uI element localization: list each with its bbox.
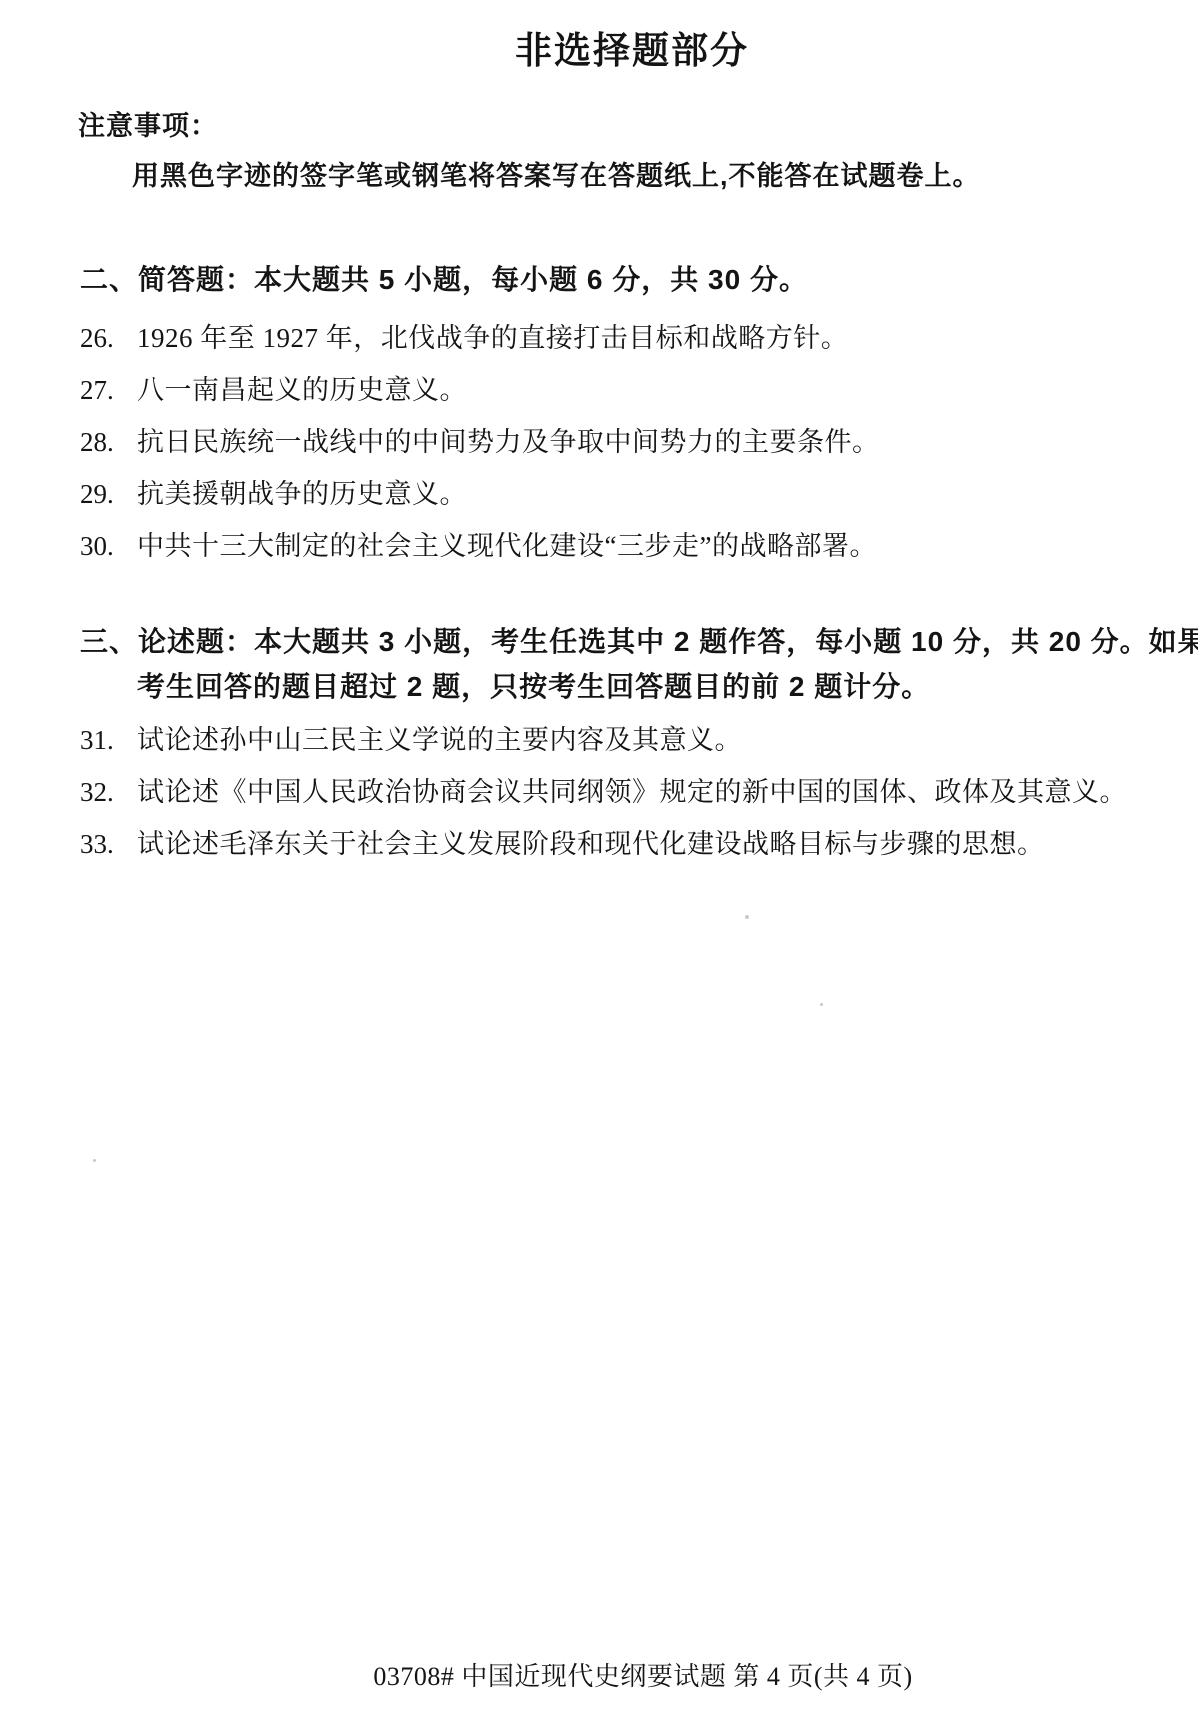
question-30: 30.中共十三大制定的社会主义现代化建设“三步走”的战略部署。 bbox=[80, 531, 877, 562]
exam-page: 非选择题部分 注意事项： 用黑色字迹的签字笔或钢笔将答案写在答题纸上,不能答在试… bbox=[0, 0, 1198, 1719]
essay-section-heading-line1: 三、论述题：本大题共 3 小题，考生任选其中 2 题作答，每小题 10 分，共 … bbox=[80, 626, 1198, 658]
question-26-text: 1926 年至 1927 年，北伐战争的直接打击目标和战略方针。 bbox=[137, 323, 848, 353]
question-33: 33.试论述毛泽东关于社会主义发展阶段和现代化建设战略目标与步骤的思想。 bbox=[80, 829, 1045, 860]
question-33-text: 试论述毛泽东关于社会主义发展阶段和现代化建设战略目标与步骤的思想。 bbox=[137, 829, 1045, 859]
question-26-number: 26. bbox=[80, 323, 137, 354]
question-32: 32.试论述《中国人民政治协商会议共同纲领》规定的新中国的国体、政体及其意义。 bbox=[80, 777, 1127, 808]
question-28: 28.抗日民族统一战线中的中间势力及争取中间势力的主要条件。 bbox=[80, 427, 880, 458]
question-30-number: 30. bbox=[80, 531, 137, 562]
question-32-number: 32. bbox=[80, 777, 137, 808]
short-answer-section-heading: 二、简答题：本大题共 5 小题，每小题 6 分，共 30 分。 bbox=[80, 264, 808, 296]
question-26: 26.1926 年至 1927 年，北伐战争的直接打击目标和战略方针。 bbox=[80, 323, 848, 354]
question-31-text: 试论述孙中山三民主义学说的主要内容及其意义。 bbox=[137, 725, 742, 755]
question-31-number: 31. bbox=[80, 725, 137, 756]
question-30-text: 中共十三大制定的社会主义现代化建设“三步走”的战略部署。 bbox=[137, 531, 877, 561]
question-27: 27.八一南昌起义的历史意义。 bbox=[80, 375, 467, 406]
essay-section-heading-line2: 考生回答的题目超过 2 题，只按考生回答题目的前 2 题计分。 bbox=[137, 671, 930, 703]
question-29: 29.抗美援朝战争的历史意义。 bbox=[80, 479, 467, 510]
scan-speck bbox=[820, 1003, 823, 1006]
question-28-text: 抗日民族统一战线中的中间势力及争取中间势力的主要条件。 bbox=[137, 427, 880, 457]
scan-speck bbox=[745, 915, 749, 919]
question-29-text: 抗美援朝战争的历史意义。 bbox=[137, 479, 467, 509]
notice-body: 用黑色字迹的签字笔或钢笔将答案写在答题纸上,不能答在试题卷上。 bbox=[132, 161, 981, 192]
notice-heading: 注意事项： bbox=[78, 111, 218, 142]
question-27-number: 27. bbox=[80, 375, 137, 406]
question-27-text: 八一南昌起义的历史意义。 bbox=[137, 375, 467, 405]
question-31: 31.试论述孙中山三民主义学说的主要内容及其意义。 bbox=[80, 725, 742, 756]
question-28-number: 28. bbox=[80, 427, 137, 458]
question-29-number: 29. bbox=[80, 479, 137, 510]
question-33-number: 33. bbox=[80, 829, 137, 860]
page-title: 非选择题部分 bbox=[33, 30, 1198, 73]
scan-speck bbox=[93, 1159, 96, 1162]
question-32-text: 试论述《中国人民政治协商会议共同纲领》规定的新中国的国体、政体及其意义。 bbox=[137, 777, 1127, 807]
page-footer: 03708# 中国近现代史纲要试题 第 4 页(共 4 页) bbox=[44, 1662, 1198, 1692]
